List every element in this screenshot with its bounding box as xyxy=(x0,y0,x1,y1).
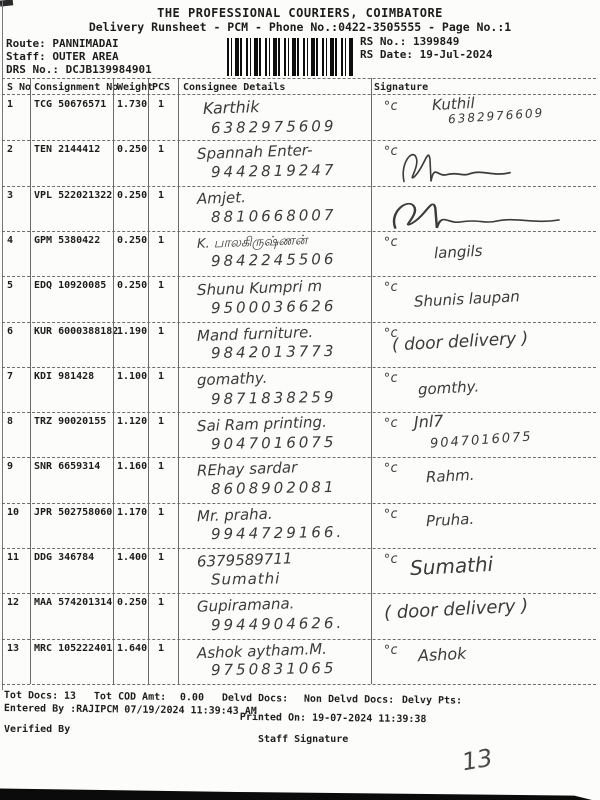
col-header-sno: S No xyxy=(7,82,31,93)
dashed-rule xyxy=(2,140,596,141)
row-sno: 1 xyxy=(7,99,13,110)
row-weight: 0.250 xyxy=(117,235,147,246)
table-row: 1 TCG 50676571 1.730 1 Karthik 638297560… xyxy=(0,95,598,140)
row-sno: 13 xyxy=(7,643,19,654)
row-pcs: 1 xyxy=(158,461,164,472)
row-weight: 1.400 xyxy=(117,552,147,563)
col-header-consignment: Consignment No xyxy=(34,82,118,93)
consignee-name-handwritten: Karthik xyxy=(203,99,260,118)
route-label: Route: xyxy=(6,37,46,50)
row-signature-cell: °c xyxy=(374,140,596,185)
row-signature-cell: °c Kuthil 6382976609 xyxy=(374,95,596,140)
signature-text: Jnl7 xyxy=(414,413,444,431)
row-sno: 10 xyxy=(7,507,19,518)
row-signature-cell: °c Sumathi xyxy=(374,548,596,593)
row-signature-cell: °c Pruha. xyxy=(374,503,596,548)
handwritten-count-note: 13 xyxy=(460,744,495,777)
dashed-rule xyxy=(2,548,596,549)
signature-received-mark: °c xyxy=(384,281,399,296)
rs-date-label: RS Date: xyxy=(360,48,413,61)
delivery-runsheet-scan: THE PROFESSIONAL COURIERS, COIMBATORE De… xyxy=(0,0,600,800)
row-consignment-no: SNR 6659314 xyxy=(34,461,100,472)
table-row: 8 TRZ 90020155 1.120 1 Sai Ram printing.… xyxy=(0,412,598,457)
row-weight: 1.640 xyxy=(117,643,147,654)
signature-text: Rahm. xyxy=(426,468,475,486)
consignee-name-handwritten: Amjet. xyxy=(197,190,246,207)
column-rule xyxy=(113,78,114,684)
consignee-phone-handwritten: Sumathi xyxy=(211,571,281,588)
col-header-consignee: Consignee Details xyxy=(183,82,285,93)
dashed-rule xyxy=(2,367,596,368)
barcode-icon xyxy=(227,38,353,76)
table-row: 10 JPR 502758060 1.170 1 Mr. praha. 9944… xyxy=(0,503,598,548)
tot-docs-label: Tot Docs: xyxy=(4,690,58,702)
row-consignee-details: gomathy. 9871838259 xyxy=(183,367,369,412)
row-signature-cell: °c langils xyxy=(374,231,596,276)
row-pcs: 1 xyxy=(158,552,164,563)
consignee-phone-handwritten: 9944729166. xyxy=(211,525,344,543)
staff-line: Staff: OUTER AREA xyxy=(6,50,119,63)
table-row: 12 MAA 574201314 0.250 1 Gupiramana. 994… xyxy=(0,593,598,638)
dashed-rule xyxy=(2,457,596,458)
row-sno: 3 xyxy=(7,190,13,201)
table-row: 6 KUR 6000388182 1.190 1 Mand furniture.… xyxy=(0,322,598,367)
doc-subtitle: Delivery Runsheet - PCM - Phone No.:0422… xyxy=(0,20,600,34)
table-row: 11 DDG 346784 1.400 1 6379589711 Sumathi… xyxy=(0,548,598,593)
column-rule xyxy=(30,78,31,684)
signature-text: ( door delivery ) xyxy=(392,330,529,355)
signature-received-mark: °c xyxy=(384,507,399,522)
row-sno: 4 xyxy=(7,235,13,246)
signature-text: Shunis laupan xyxy=(414,289,521,310)
row-consignee-details: Spannah Enter- 9442819247 xyxy=(183,140,369,185)
table-row: 9 SNR 6659314 1.160 1 REhay sardar 86089… xyxy=(0,457,598,502)
row-sno: 9 xyxy=(7,461,13,472)
consignee-phone-handwritten: 9871838259 xyxy=(211,389,337,407)
table-row: 7 KDI 981428 1.100 1 gomathy. 9871838259… xyxy=(0,367,598,412)
row-pcs: 1 xyxy=(158,507,164,518)
entered-by-text: Entered By :RAJIPCM 07/19/2024 11:39:43 … xyxy=(4,703,257,717)
row-consignment-no: KDI 981428 xyxy=(34,371,94,382)
row-pcs: 1 xyxy=(158,190,164,201)
row-consignee-details: Gupiramana. 9944904626. xyxy=(183,593,369,638)
signature-text-line2: 9047016075 xyxy=(430,431,533,452)
row-sno: 2 xyxy=(7,144,13,155)
row-weight: 1.120 xyxy=(117,416,147,427)
consignee-phone-handwritten: 8810668007 xyxy=(211,208,337,226)
table-row: 5 EDQ 10920085 0.250 1 Shunu Kumpri m 95… xyxy=(0,276,598,321)
row-consignment-no: DDG 346784 xyxy=(34,552,94,563)
row-sno: 7 xyxy=(7,371,13,382)
signature-text: Ashok xyxy=(418,645,467,664)
consignee-name-handwritten: Shunu Kumpri m xyxy=(197,279,323,299)
consignee-phone-handwritten: 6382975609 xyxy=(211,119,337,137)
row-consignment-no: GPM 5380422 xyxy=(34,235,100,246)
row-pcs: 1 xyxy=(158,280,164,291)
signature-received-mark: °c xyxy=(384,235,399,250)
consignee-name-handwritten: Spannah Enter- xyxy=(197,143,313,163)
dashed-rule xyxy=(2,322,596,323)
row-weight: 1.190 xyxy=(117,326,147,337)
consignee-phone-handwritten: 9842013773 xyxy=(211,344,337,362)
row-consignment-no: TCG 50676571 xyxy=(34,99,106,110)
row-pcs: 1 xyxy=(158,144,164,155)
rs-no-line: RS No.: 1399849 xyxy=(360,35,459,48)
signature-received-mark: °c xyxy=(384,417,399,432)
row-signature-cell: ( door delivery ) xyxy=(374,593,596,638)
scan-shadow-bar xyxy=(0,787,592,800)
row-sno: 8 xyxy=(7,416,13,427)
row-weight: 0.250 xyxy=(117,190,147,201)
dashed-rule xyxy=(2,78,596,79)
row-weight: 1.170 xyxy=(117,507,147,518)
drs-label: DRS No.: xyxy=(6,63,59,76)
row-signature-cell: °c ( door delivery ) xyxy=(374,322,596,367)
consignee-name-handwritten: Gupiramana. xyxy=(197,597,295,616)
consignee-phone-handwritten: 9944904626. xyxy=(211,616,344,634)
consignee-name-handwritten: Mand furniture. xyxy=(197,324,314,344)
doc-title: THE PROFESSIONAL COURIERS, COIMBATORE xyxy=(0,6,600,20)
row-weight: 0.250 xyxy=(117,597,147,608)
dashed-rule xyxy=(2,503,596,504)
row-consignee-details: Mand furniture. 9842013773 xyxy=(183,322,369,367)
dashed-rule xyxy=(2,593,596,594)
drs-line: DRS No.: DCJB139984901 xyxy=(6,63,152,76)
row-weight: 0.250 xyxy=(117,280,147,291)
row-sno: 12 xyxy=(7,597,19,608)
row-pcs: 1 xyxy=(158,643,164,654)
signature-text: langils xyxy=(434,244,483,262)
staff-label: Staff: xyxy=(6,50,46,63)
rs-date-value: 19-Jul-2024 xyxy=(420,48,493,61)
consignee-name-handwritten: Sai Ram printing. xyxy=(197,415,327,435)
signature-received-mark: °c xyxy=(384,553,399,568)
column-rule xyxy=(178,78,179,684)
dashed-rule xyxy=(2,276,596,277)
row-consignment-no: MRC 105222401 xyxy=(34,643,112,654)
consignee-phone-handwritten: 9442819247 xyxy=(211,163,337,181)
tot-docs-value: 13 xyxy=(64,691,76,702)
row-pcs: 1 xyxy=(158,99,164,110)
signature-received-mark: °c xyxy=(384,643,399,658)
route-value: PANNIMADAI xyxy=(52,37,118,50)
tot-cod-value: 0.00 xyxy=(180,692,204,703)
consignee-name-handwritten: 6379589711 xyxy=(197,551,293,570)
signature-received-mark: °c xyxy=(384,371,399,386)
rs-no-value: 1399849 xyxy=(413,35,459,48)
signature-received-mark: °c xyxy=(384,145,399,160)
row-signature-cell: °c Ashok xyxy=(374,639,596,684)
delvd-docs-label: Delvd Docs: xyxy=(222,693,288,705)
signature-scribble-icon xyxy=(386,194,571,234)
row-pcs: 1 xyxy=(158,597,164,608)
row-consignee-details: Shunu Kumpri m 9500036626 xyxy=(183,276,369,321)
signature-scribble-icon xyxy=(398,144,518,188)
row-consignment-no: VPL 522021322 xyxy=(34,190,112,201)
row-consignee-details: Amjet. 8810668007 xyxy=(183,186,369,231)
row-consignment-no: KUR 6000388182 xyxy=(34,326,118,337)
rs-no-label: RS No.: xyxy=(360,35,406,48)
consignee-name-handwritten: Mr. praha. xyxy=(197,506,273,524)
row-consignee-details: Karthik 6382975609 xyxy=(183,95,369,140)
signature-text: ( door delivery ) xyxy=(384,598,529,624)
staff-signature-label: Staff Signature xyxy=(258,734,348,745)
staff-value: OUTER AREA xyxy=(52,50,118,63)
column-rule xyxy=(148,78,149,684)
row-pcs: 1 xyxy=(158,235,164,246)
row-pcs: 1 xyxy=(158,371,164,382)
signature-text: Pruha. xyxy=(426,511,475,529)
consignee-name-handwritten: K. பாலகிருஷ்ணன் xyxy=(197,234,308,251)
row-consignment-no: TEN 2144412 xyxy=(34,144,100,155)
table-row: 4 GPM 5380422 0.250 1 K. பாலகிருஷ்ணன் 98… xyxy=(0,231,598,276)
route-line: Route: PANNIMADAI xyxy=(6,37,119,50)
column-rule xyxy=(371,78,372,684)
consignee-phone-handwritten: 9842245506 xyxy=(211,251,337,269)
row-consignment-no: JPR 502758060 xyxy=(34,507,112,518)
row-sno: 6 xyxy=(7,326,13,337)
signature-text: Sumathi xyxy=(410,554,494,579)
row-consignment-no: TRZ 90020155 xyxy=(34,416,106,427)
table-row: 13 MRC 105222401 1.640 1 Ashok aytham.M.… xyxy=(0,639,598,684)
signature-received-mark: °c xyxy=(384,462,399,477)
consignee-phone-handwritten: 9500036626 xyxy=(211,299,337,317)
row-signature-cell xyxy=(374,186,596,231)
col-header-signature: Signature xyxy=(374,82,428,93)
consignee-phone-handwritten: 8608902081 xyxy=(211,480,337,498)
row-signature-cell: °c Shunis laupan xyxy=(374,276,596,321)
row-weight: 1.160 xyxy=(117,461,147,472)
rs-date-line: RS Date: 19-Jul-2024 xyxy=(360,48,492,61)
verified-by-label: Verified By xyxy=(4,724,70,735)
dashed-rule xyxy=(2,639,596,640)
dashed-rule xyxy=(2,231,596,232)
row-signature-cell: °c Jnl7 9047016075 xyxy=(374,412,596,457)
signature-received-mark: °c xyxy=(384,100,399,115)
row-consignee-details: K. பாலகிருஷ்ணன் 9842245506 xyxy=(183,231,369,276)
row-consignment-no: MAA 574201314 xyxy=(34,597,112,608)
delvy-pts-label: Delvy Pts: xyxy=(402,695,462,707)
tot-cod-label: Tot COD Amt: xyxy=(94,691,166,703)
row-pcs: 1 xyxy=(158,416,164,427)
consignee-phone-handwritten: 9047016075 xyxy=(211,435,337,453)
row-sno: 5 xyxy=(7,280,13,291)
row-consignee-details: REhay sardar 8608902081 xyxy=(183,457,369,502)
row-weight: 0.250 xyxy=(117,144,147,155)
consignee-phone-handwritten: 9750831065 xyxy=(211,661,337,679)
row-weight: 1.730 xyxy=(117,99,147,110)
row-signature-cell: °c Rahm. xyxy=(374,457,596,502)
consignee-name-handwritten: gomathy. xyxy=(197,371,268,389)
dashed-rule xyxy=(2,94,596,95)
signature-text: gomthy. xyxy=(418,379,480,398)
dashed-rule xyxy=(2,412,596,413)
non-delvd-docs-label: Non Delvd Docs: xyxy=(304,694,394,706)
row-pcs: 1 xyxy=(158,326,164,337)
row-consignee-details: Sai Ram printing. 9047016075 xyxy=(183,412,369,457)
row-signature-cell: °c gomthy. xyxy=(374,367,596,412)
dashed-rule xyxy=(2,186,596,187)
dashed-rule xyxy=(2,684,596,685)
table-row: 3 VPL 522021322 0.250 1 Amjet. 881066800… xyxy=(0,186,598,231)
table-row: 2 TEN 2144412 0.250 1 Spannah Enter- 944… xyxy=(0,140,598,185)
row-consignee-details: Ashok aytham.M. 9750831065 xyxy=(183,639,369,684)
row-consignee-details: 6379589711 Sumathi xyxy=(183,548,369,593)
row-sno: 11 xyxy=(7,552,19,563)
row-consignee-details: Mr. praha. 9944729166. xyxy=(183,503,369,548)
drs-value: DCJB139984901 xyxy=(66,63,152,76)
consignee-name-handwritten: REhay sardar xyxy=(197,461,298,480)
col-header-pcs: PCS xyxy=(152,82,170,93)
row-weight: 1.100 xyxy=(117,371,147,382)
row-consignment-no: EDQ 10920085 xyxy=(34,280,106,291)
printed-on-text: Printed On: 19-07-2024 11:39:38 xyxy=(240,712,427,725)
